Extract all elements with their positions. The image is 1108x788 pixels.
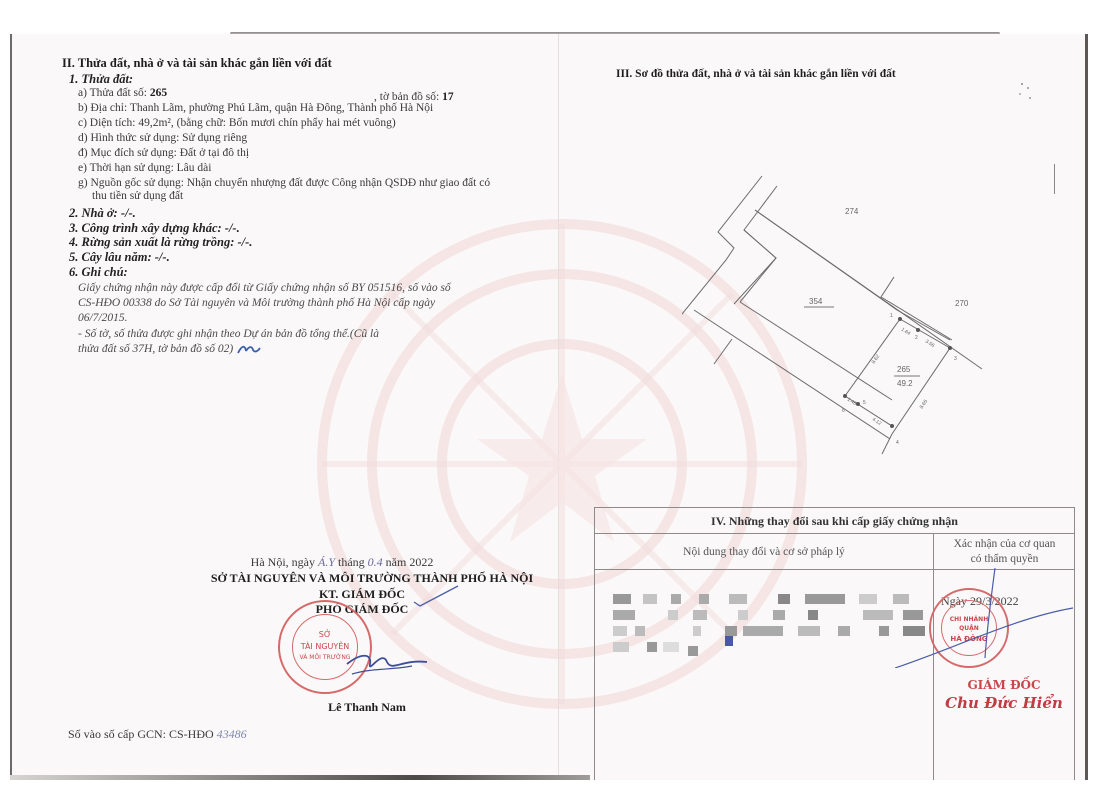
place-date-line: Hà Nội, ngày Á.Y tháng 0.4 năm 2022 — [192, 555, 492, 570]
land-heading: 1. Thửa đất: — [69, 72, 133, 87]
section4-title: IV. Những thay đổi sau khi cấp giấy chứn… — [595, 508, 1074, 534]
svg-text:4: 4 — [896, 440, 899, 446]
area-line: c) Diện tích: 49,2m², (bằng chữ: Bốn mươ… — [78, 117, 396, 129]
parcel-354-label: 354 — [809, 297, 823, 306]
signer-name: Lê Thanh Nam — [302, 700, 432, 715]
svg-text:1.48: 1.48 — [846, 397, 858, 407]
section3-title: III. Sơ đồ thửa đất, nhà ở và tài sản kh… — [616, 68, 896, 80]
svg-text:5: 5 — [863, 400, 866, 406]
note-line-5-text: thửa đất số 37H, tờ bản đồ số 02) — [78, 343, 233, 355]
confirm-role: GIÁM ĐỐC — [933, 678, 1075, 692]
checkmark-signature-icon — [412, 582, 462, 612]
house-line: 2. Nhà ở: -/-. — [69, 206, 136, 221]
svg-text:8.62: 8.62 — [871, 354, 882, 366]
production-forest-line: 4. Rừng sản xuất là rừng trồng: -/-. — [69, 235, 252, 250]
parcel-number: 265 — [150, 87, 167, 99]
svg-text:3: 3 — [954, 356, 957, 362]
svg-text:1.64: 1.64 — [900, 327, 912, 337]
usage-purpose-line: đ) Mục đích sử dụng: Đất ở tại đô thị — [78, 147, 249, 159]
parcel-number-line: a) Thửa đất số: 265 — [78, 87, 167, 99]
day-handwritten: Á.Y — [318, 555, 335, 569]
section2-title: II. Thửa đất, nhà ở và tài sản khác gắn … — [62, 56, 332, 71]
place-date-label: Hà Nội, ngày — [251, 555, 318, 569]
margin-tick — [1054, 164, 1055, 194]
registry-number: 43486 — [217, 727, 247, 741]
map-sheet-number: 17 — [442, 91, 454, 103]
month-handwritten: 0.4 — [368, 555, 383, 569]
col-confirm-header-line1: Xác nhận của cơ quan — [934, 537, 1075, 552]
seal-line-1: SỞ — [280, 630, 370, 639]
redacted-change-content — [613, 594, 923, 674]
page-fold — [558, 34, 559, 780]
address-line: b) Địa chỉ: Thanh Lãm, phường Phú Lãm, q… — [78, 102, 433, 114]
month-label: tháng — [335, 555, 368, 569]
note-line-3: 06/7/2015. — [78, 312, 128, 324]
svg-text:1: 1 — [890, 313, 893, 319]
note-line-4: - Số tờ, số thửa được ghi nhận theo Dự á… — [78, 328, 379, 340]
svg-text:2: 2 — [915, 335, 918, 341]
svg-text:3.56: 3.56 — [924, 339, 936, 349]
col-confirm-header-line2: có thẩm quyền — [934, 552, 1075, 567]
svg-text:6: 6 — [842, 408, 845, 414]
parcel-diagram: 274 270 354 265 49.2 1 2 3 4 5 6 1.64 3.… — [682, 164, 1012, 464]
changes-table: IV. Những thay đổi sau khi cấp giấy chứn… — [594, 507, 1075, 780]
svg-text:4.12: 4.12 — [871, 417, 883, 427]
notes-heading: 6. Ghi chú: — [69, 265, 128, 280]
deputy-signature-icon — [342, 644, 432, 684]
col-confirm-header: Xác nhận của cơ quan có thẩm quyền — [933, 534, 1075, 570]
origin-line-2: thu tiền sử dụng đất — [92, 190, 183, 202]
perennial-trees-line: 5. Cây lâu năm: -/-. — [69, 250, 170, 265]
page-bottom-edge — [10, 775, 590, 780]
other-constructions-line: 3. Công trình xây dựng khác: -/-. — [69, 221, 240, 236]
note-line-2: CS-HĐO 00338 do Sở Tài nguyên và Môi trư… — [78, 297, 435, 309]
initials-signature-icon — [236, 343, 262, 355]
svg-text:8.65: 8.65 — [919, 399, 930, 411]
parcel-label: a) Thửa đất số: — [78, 87, 147, 99]
agency-name: SỞ TÀI NGUYÊN VÀ MÔI TRƯỜNG THÀNH PHỐ HÀ… — [192, 571, 552, 586]
note-line-5: thửa đất số 37H, tờ bản đồ số 02) — [78, 343, 262, 355]
parcel-265-area: 49.2 — [897, 379, 913, 388]
table-header: Nội dung thay đổi và cơ sở pháp lý Xác n… — [595, 534, 1074, 570]
registry-line: Số vào số cấp GCN: CS-HĐO 43486 — [68, 727, 247, 742]
confirm-signer: Chu Đức Hiển — [933, 694, 1075, 712]
usage-form-line: d) Hình thức sử dụng: Sử dụng riêng — [78, 132, 247, 144]
year-label: năm 2022 — [383, 555, 434, 569]
certificate-sheet: II. Thửa đất, nhà ở và tài sản khác gắn … — [10, 34, 1088, 780]
specks-icon — [1002, 76, 1042, 116]
parcel-270-label: 270 — [955, 299, 969, 308]
origin-line-1: g) Nguồn gốc sử dụng: Nhận chuyển nhượng… — [78, 177, 490, 189]
parcel-265-label: 265 — [897, 365, 911, 374]
col-changes-header: Nội dung thay đổi và cơ sở pháp lý — [595, 534, 933, 570]
note-line-1: Giấy chứng nhận này được cấp đổi từ Giấy… — [78, 282, 451, 294]
parcel-274-label: 274 — [845, 207, 859, 216]
confirm-signature-icon — [895, 568, 1075, 668]
registry-label: Số vào số cấp GCN: CS-HĐO — [68, 727, 214, 741]
usage-term-line: e) Thời hạn sử dụng: Lâu dài — [78, 162, 211, 174]
